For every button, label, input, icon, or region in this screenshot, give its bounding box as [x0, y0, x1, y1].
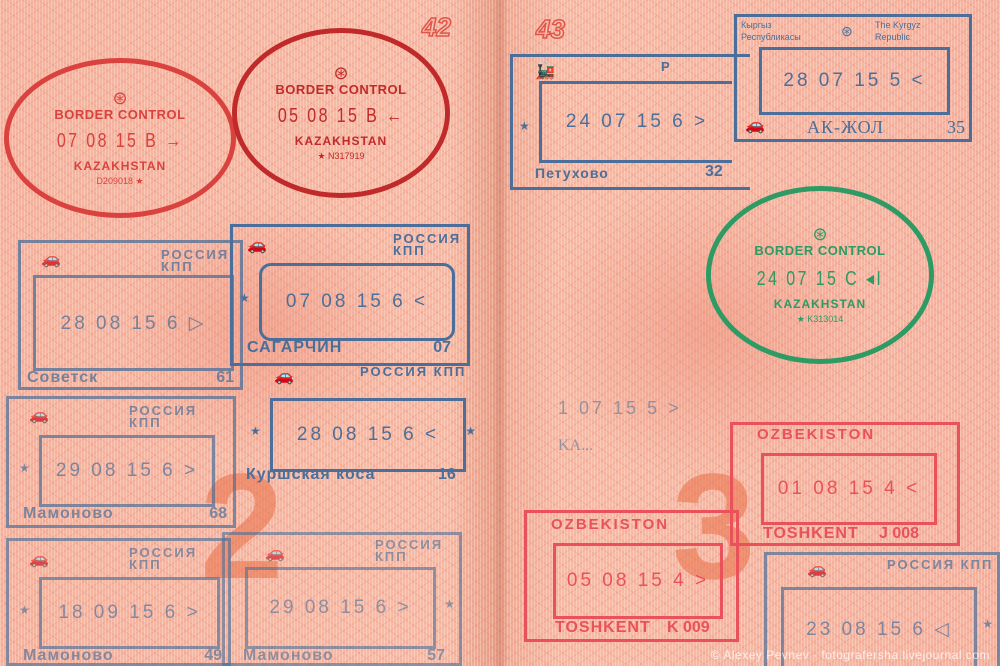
stamp-header: РОССИЯ КПП [129, 405, 233, 429]
stamp-place: KA... [558, 437, 718, 455]
stamp-russia-sagarchin: 🚗 РОССИЯ КПП 07 08 15 6 < ★ САГАРЧИН 07 [230, 224, 470, 366]
stamp-date-box: 28 08 15 6 < [270, 398, 466, 472]
stamp-header: РОССИЯ КПП [393, 233, 467, 257]
stamp-date-box: 07 08 15 6 < [259, 263, 455, 341]
passport-page-right: 3 43 🚂 Р 24 07 15 6 > ★ Петухово 32 Кырг… [502, 0, 1000, 666]
stamp-place: TOSHKENT [763, 525, 859, 543]
stamp-serial: D209018 ★ [96, 176, 143, 187]
car-icon: 🚗 [265, 543, 285, 563]
stamp-date-box: 29 08 15 6 > [39, 435, 215, 507]
stamp-header-kyrgyz: Кыргыз Республикасы [741, 19, 811, 43]
stamp-date: 07 08 15 B → [57, 130, 184, 153]
car-icon: 🚗 [274, 366, 294, 386]
stamp-header: РОССИЯ КПП [360, 366, 466, 378]
stamp-serial: ★ K313014 [797, 314, 844, 325]
stamp-header: Р [661, 61, 672, 73]
star-icon: ★ [465, 424, 476, 438]
train-icon: 🚂 [535, 61, 555, 81]
stamp-faded-kazakhstan: 1 07 15 5 > KA... [558, 398, 718, 468]
stamp-date: 24 07 15 C ◂I [757, 266, 883, 291]
page-number: 43 [536, 14, 565, 45]
stamp-header: РОССИЯ КПП [161, 249, 240, 273]
emblem-icon: ⊛ [812, 225, 827, 243]
stamp-russia-sovetsk: 🚗 РОССИЯ КПП 28 08 15 6 ▷ Советск 61 [18, 240, 243, 390]
passport-spread: 2 42 ⊛ BORDER CONTROL 07 08 15 B → KAZAK… [0, 0, 1000, 666]
stamp-code: J 008 [879, 525, 919, 543]
stamp-title: BORDER CONTROL [754, 243, 885, 258]
stamp-code: 57 [427, 647, 445, 665]
stamp-header: РОССИЯ КПП [129, 547, 228, 571]
emblem-icon: ⊛ [841, 23, 853, 40]
stamp-header: РОССИЯ КПП [887, 559, 993, 571]
stamp-date-box: 28 08 15 6 ▷ [33, 275, 234, 371]
stamp-place: АК-ЖОЛ [807, 117, 884, 138]
stamp-date-box: 28 07 15 5 < [759, 47, 950, 115]
stamp-title: BORDER CONTROL [275, 82, 406, 97]
stamp-date-box: 01 08 15 4 < [761, 453, 937, 525]
stamp-code: K 009 [667, 619, 710, 637]
photo-watermark: © Alexey Pevnev · fotografersha.livejour… [711, 648, 990, 662]
stamp-code: 61 [216, 369, 234, 387]
stamp-date: 05 08 15 B ← [278, 105, 405, 128]
stamp-title: BORDER CONTROL [54, 107, 185, 122]
car-icon: 🚗 [745, 115, 765, 135]
stamp-country: KAZAKHSTAN [295, 134, 387, 148]
page-number: 42 [422, 12, 451, 43]
stamp-place: TOSHKENT [555, 619, 651, 637]
arrow-left-icon: ← [386, 105, 404, 127]
emblem-icon: ⊛ [112, 89, 127, 107]
stamp-kazakhstan-entry-green: ⊛ BORDER CONTROL 24 07 15 C ◂I KAZAKHSTA… [706, 186, 934, 364]
stamp-kazakhstan-exit: ⊛ BORDER CONTROL 07 08 15 B → KAZAKHSTAN… [4, 58, 236, 218]
stamp-date-box: 29 08 15 6 > [245, 567, 436, 649]
stamp-place: Куршская коса [246, 466, 376, 484]
emblem-icon: ⊛ [333, 64, 348, 82]
star-icon: ★ [250, 424, 261, 438]
star-icon: ★ [19, 603, 30, 617]
stamp-place: Советск [27, 369, 98, 387]
passport-page-left: 2 42 ⊛ BORDER CONTROL 07 08 15 B → KAZAK… [0, 0, 498, 666]
car-icon: 🚗 [247, 235, 267, 255]
star-icon: ★ [239, 291, 250, 305]
stamp-place: Петухово [535, 165, 609, 181]
car-icon: 🚗 [29, 405, 49, 425]
arrow-right-icon: → [165, 130, 183, 152]
stamp-place: Мамоново [243, 647, 334, 665]
stamp-header: РОССИЯ КПП [375, 539, 459, 563]
stamp-place: САГАРЧИН [247, 339, 342, 357]
stamp-header-english: The Kyrgyz Republic [875, 19, 955, 43]
stamp-code: 07 [433, 339, 451, 357]
stamp-country: KAZAKHSTAN [774, 297, 866, 311]
stamp-serial: ★ N317919 [317, 151, 364, 162]
stamp-russia-mamonovo-49: 🚗 РОССИЯ КПП 18 09 15 6 > ★ Мамоново 49 [6, 538, 231, 666]
stamp-date: 1 07 15 5 > [558, 398, 718, 419]
stamp-russia-kurshskaya-kosa: 🚗 РОССИЯ КПП 28 08 15 6 < ★ ★ Куршская к… [240, 362, 480, 488]
car-icon: 🚗 [41, 249, 61, 269]
car-icon: 🚗 [29, 549, 49, 569]
car-icon: 🚗 [807, 559, 827, 579]
star-icon: ★ [444, 597, 455, 611]
stamp-place: Мамоново [23, 505, 114, 523]
stamp-russia-mamonovo-68: 🚗 РОССИЯ КПП 29 08 15 6 > ★ Мамоново 68 [6, 396, 236, 528]
stamp-uzbekistan-toshkent-j: OZBEKISTON 01 08 15 4 < TOSHKENT J 008 [730, 422, 960, 546]
stamp-russia-mamonovo-57: 🚗 РОССИЯ КПП 29 08 15 6 > ★ Мамоново 57 [222, 532, 462, 666]
stamp-code: 16 [438, 466, 456, 484]
stamp-kyrgyzstan-ak-zhol: Кыргыз Республикасы ⊛ The Kyrgyz Republi… [734, 14, 972, 142]
stamp-uzbekistan-toshkent-k: OZBEKISTON 05 08 15 4 > TOSHKENT K 009 [524, 510, 739, 642]
star-icon: ★ [19, 461, 30, 475]
stamp-kazakhstan-entry: ⊛ BORDER CONTROL 05 08 15 B ← KAZAKHSTAN… [232, 28, 450, 198]
stamp-code: 32 [705, 163, 723, 181]
stamp-date-box: 24 07 15 6 > [539, 81, 732, 163]
stamp-date-box: 05 08 15 4 > [553, 543, 723, 619]
stamp-country: KAZAKHSTAN [74, 159, 166, 173]
stamp-russia-petukhovo: 🚂 Р 24 07 15 6 > ★ Петухово 32 [510, 54, 750, 190]
stamp-country: OZBEKISTON [551, 519, 669, 531]
stamp-date-box: 18 09 15 6 > [39, 577, 220, 649]
star-icon: ★ [519, 119, 530, 133]
stamp-code: 35 [947, 117, 965, 138]
stamp-country: OZBEKISTON [757, 429, 875, 441]
stamp-code: 68 [209, 505, 227, 523]
stamp-code: 49 [204, 647, 222, 665]
star-icon: ★ [982, 617, 993, 631]
stamp-place: Мамоново [23, 647, 114, 665]
